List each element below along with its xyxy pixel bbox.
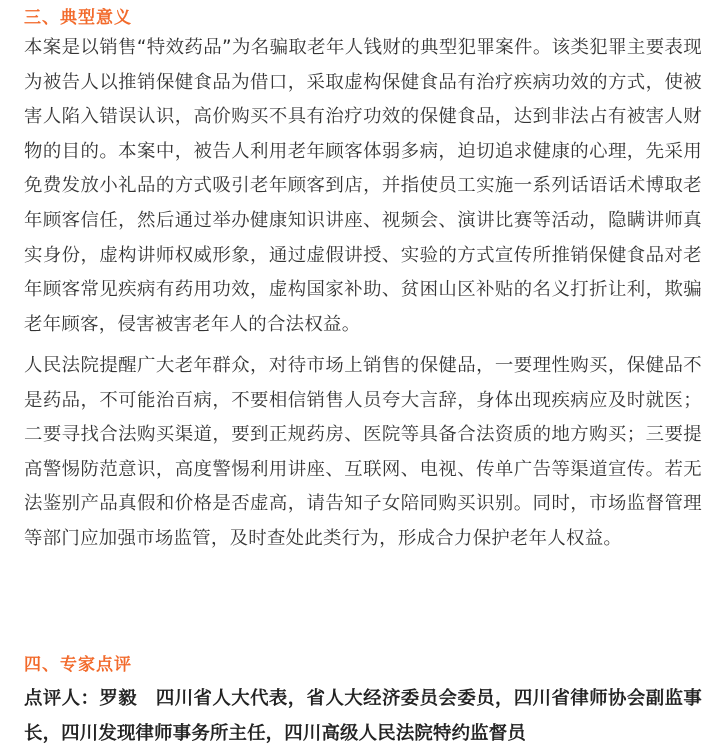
paragraph-case-analysis: 本案是以销售“特效药品”为名骗取老年人钱财的典型犯罪案件。该类犯罪主要表现为被告… (24, 31, 702, 342)
section-heading-expert-review: 四、专家点评 (24, 653, 132, 677)
reviewer-info: 点评人：罗毅 四川省人大代表，省人大经济委员会委员，四川省律师协会副监事长，四川… (24, 682, 702, 751)
section-heading-significance: 三、典型意义 (24, 6, 132, 30)
paragraph-court-reminder: 人民法院提醒广大老年群众，对待市场上销售的保健品，一要理性购买，保健品不是药品，… (24, 349, 702, 557)
